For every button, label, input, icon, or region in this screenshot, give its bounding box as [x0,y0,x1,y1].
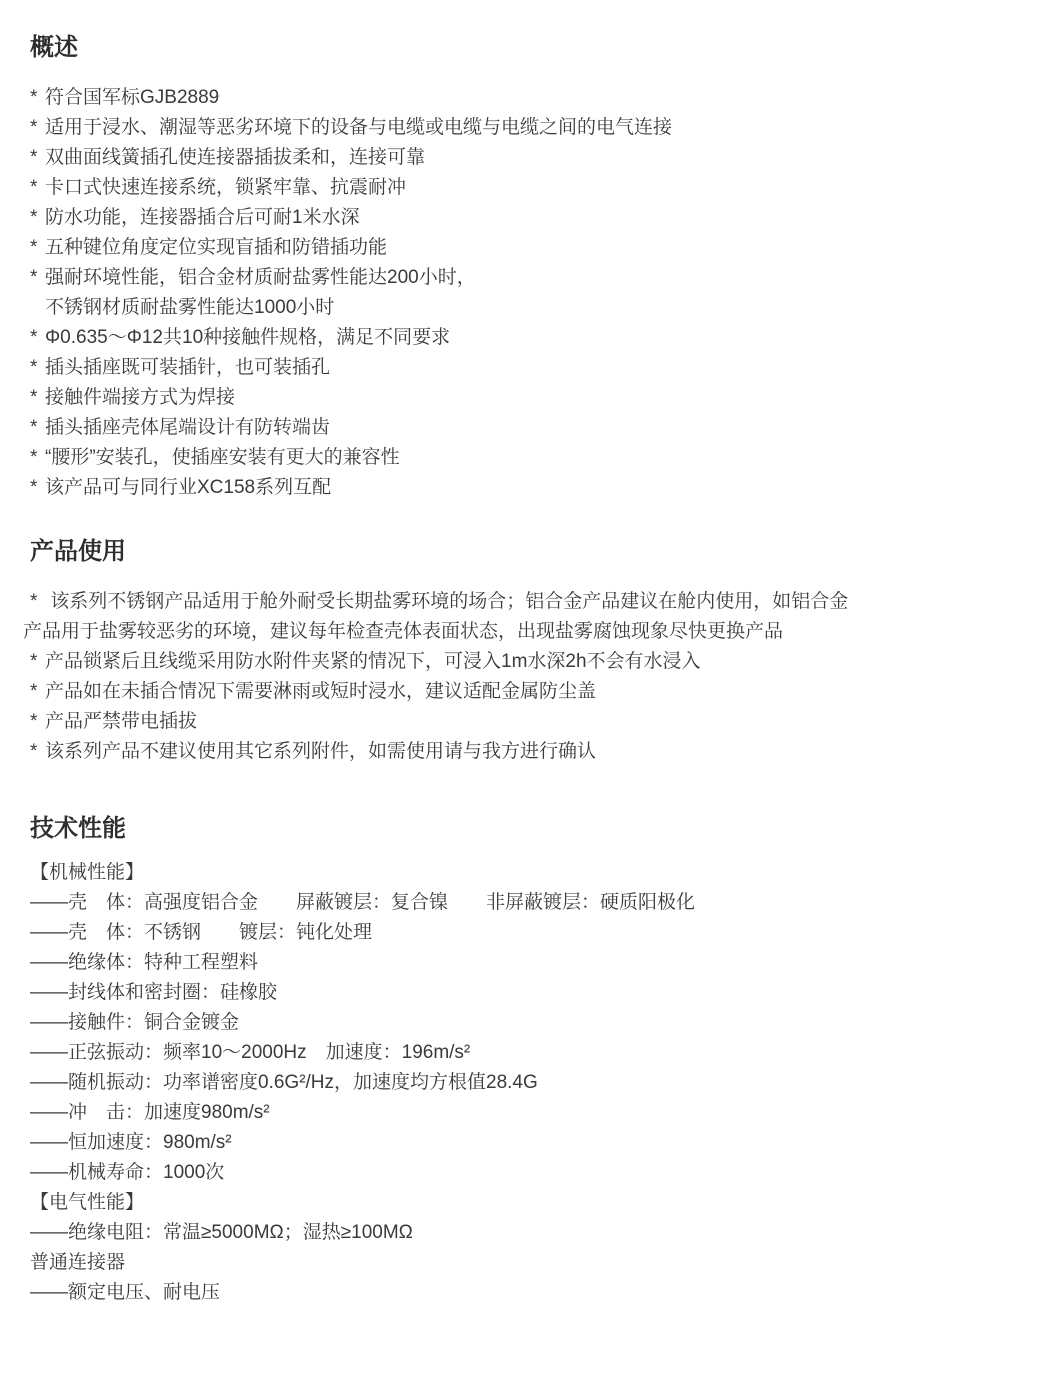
section-heading-usage: 产品使用 [30,538,1025,566]
doc-line-bullet: *接触件端接方式为焊接 [30,383,1025,413]
doc-line-dash: ——绝缘体：特种工程塑料 [30,948,1025,978]
doc-line-bullet: *强耐环境性能，铝合金材质耐盐雾性能达200小时， [30,263,1025,293]
bullet-marker: * [30,203,45,233]
doc-line-dash: ——正弦振动：频率10～2000Hz 加速度：196m/s² [30,1038,1025,1068]
bullet-marker: * [30,707,45,737]
doc-line-text: 插头插座既可装插针，也可装插孔 [45,357,330,378]
doc-line-text: 产品严禁带电插拔 [45,711,197,732]
doc-line-text: “腰形”安装孔，使插座安装有更大的兼容性 [45,447,400,468]
bullet-marker: * [30,473,45,503]
doc-line-text: 适用于浸水、潮湿等恶劣环境下的设备与电缆或电缆与电缆之间的电气连接 [45,117,672,138]
doc-line-dash: ——绝缘电阻：常温≥5000MΩ；湿热≥100MΩ [30,1218,1025,1248]
bullet-marker: * [30,113,45,143]
doc-line-bullet: *双曲面线簧插孔使连接器插拔柔和，连接可靠 [30,143,1025,173]
bullet-marker: * [30,323,45,353]
doc-line-bullet: *插头插座既可装插针，也可装插孔 [30,353,1025,383]
doc-line-text: 卡口式快速连接系统，锁紧牢靠、抗震耐冲 [45,177,406,198]
bullet-marker: * [30,263,45,293]
doc-line-bullet: *五种键位角度定位实现盲插和防错插功能 [30,233,1025,263]
section-overview: 概述 *符合国军标GJB2889*适用于浸水、潮湿等恶劣环境下的设备与电缆或电缆… [30,34,1025,503]
doc-line-continuation: 不锈钢材质耐盐雾性能达1000小时 [30,293,1025,323]
doc-line-text: 该系列不锈钢产品适用于舱外耐受长期盐雾环境的场合；铝合金产品建议在舱内使用，如铝… [45,591,848,612]
doc-line-dash: ——壳 体：高强度铝合金 屏蔽镀层：复合镍 非屏蔽镀层：硬质阳极化 [30,888,1025,918]
doc-line-text: Φ0.635～Φ12共10种接触件规格，满足不同要求 [45,327,450,348]
doc-line-text: 该系列产品不建议使用其它系列附件，如需使用请与我方进行确认 [45,741,596,762]
doc-line-text: 插头插座壳体尾端设计有防转端齿 [45,417,330,438]
bullet-marker: * [30,737,45,767]
section-heading-tech: 技术性能 [30,815,1025,843]
bullet-marker: * [30,83,45,113]
bullet-marker: * [30,233,45,263]
doc-line-dash: ——接触件：铜合金镀金 [30,1008,1025,1038]
doc-line-wrap: 产品用于盐雾较恶劣的环境，建议每年检查壳体表面状态，出现盐雾腐蚀现象尽快更换产品 [23,617,1025,647]
doc-line-bullet: *适用于浸水、潮湿等恶劣环境下的设备与电缆或电缆与电缆之间的电气连接 [30,113,1025,143]
doc-line-text: 防水功能，连接器插合后可耐1米水深 [45,207,360,228]
section-heading-overview: 概述 [30,34,1025,62]
doc-line-bullet: *该系列产品不建议使用其它系列附件，如需使用请与我方进行确认 [30,737,1025,767]
overview-lines: *符合国军标GJB2889*适用于浸水、潮湿等恶劣环境下的设备与电缆或电缆与电缆… [30,83,1025,503]
doc-line-text: 双曲面线簧插孔使连接器插拔柔和，连接可靠 [45,147,425,168]
bullet-marker: * [30,173,45,203]
doc-line-bullet: *产品锁紧后且线缆采用防水附件夹紧的情况下，可浸入1m水深2h不会有水浸入 [30,647,1025,677]
doc-line-plain: 普通连接器 [30,1248,1025,1278]
bullet-marker: * [30,413,45,443]
doc-line-dash: ——额定电压、耐电压 [30,1278,1025,1308]
section-usage: 产品使用 * 该系列不锈钢产品适用于舱外耐受长期盐雾环境的场合；铝合金产品建议在… [30,538,1025,767]
bullet-marker: * [30,143,45,173]
doc-line-bullet: *产品严禁带电插拔 [30,707,1025,737]
bullet-marker: * [30,677,45,707]
doc-line-bullet: *Φ0.635～Φ12共10种接触件规格，满足不同要求 [30,323,1025,353]
bullet-marker: * [30,353,45,383]
doc-line-subhead: 【机械性能】 [30,858,1025,888]
doc-line-bullet: *符合国军标GJB2889 [30,83,1025,113]
doc-line-bullet: *防水功能，连接器插合后可耐1米水深 [30,203,1025,233]
doc-line-dash: ——随机振动：功率谱密度0.6G²/Hz，加速度均方根值28.4G [30,1068,1025,1098]
usage-lines: * 该系列不锈钢产品适用于舱外耐受长期盐雾环境的场合；铝合金产品建议在舱内使用，… [30,587,1025,767]
doc-line-dash: ——封线体和密封圈：硅橡胶 [30,978,1025,1008]
doc-line-bullet: *卡口式快速连接系统，锁紧牢靠、抗震耐冲 [30,173,1025,203]
doc-line-dash: ——恒加速度：980m/s² [30,1128,1025,1158]
doc-line-dash: ——冲 击：加速度980m/s² [30,1098,1025,1128]
doc-line-text: 五种键位角度定位实现盲插和防错插功能 [45,237,387,258]
doc-line-text: 该产品可与同行业XC158系列互配 [45,477,331,498]
doc-line-text: 强耐环境性能，铝合金材质耐盐雾性能达200小时， [45,267,476,288]
bullet-marker: * [30,647,45,677]
doc-line-dash: ——壳 体：不锈钢 镀层：钝化处理 [30,918,1025,948]
doc-line-subhead: 【电气性能】 [30,1188,1025,1218]
bullet-marker: * [30,443,45,473]
doc-line-text: 产品如在未插合情况下需要淋雨或短时浸水，建议适配金属防尘盖 [45,681,596,702]
bullet-marker: * [30,587,45,617]
doc-line-text: 接触件端接方式为焊接 [45,387,235,408]
bullet-marker: * [30,383,45,413]
doc-line-dash: ——机械寿命：1000次 [30,1158,1025,1188]
doc-line-bullet: *插头插座壳体尾端设计有防转端齿 [30,413,1025,443]
document-page: 概述 *符合国军标GJB2889*适用于浸水、潮湿等恶劣环境下的设备与电缆或电缆… [0,0,1053,1383]
doc-line-bullet: * 该系列不锈钢产品适用于舱外耐受长期盐雾环境的场合；铝合金产品建议在舱内使用，… [30,587,1025,617]
doc-line-bullet: *产品如在未插合情况下需要淋雨或短时浸水，建议适配金属防尘盖 [30,677,1025,707]
section-tech: 技术性能 【机械性能】——壳 体：高强度铝合金 屏蔽镀层：复合镍 非屏蔽镀层：硬… [30,815,1025,1308]
tech-lines: 【机械性能】——壳 体：高强度铝合金 屏蔽镀层：复合镍 非屏蔽镀层：硬质阳极化—… [30,858,1025,1308]
doc-line-bullet: *该产品可与同行业XC158系列互配 [30,473,1025,503]
doc-line-bullet: *“腰形”安装孔，使插座安装有更大的兼容性 [30,443,1025,473]
doc-line-text: 产品锁紧后且线缆采用防水附件夹紧的情况下，可浸入1m水深2h不会有水浸入 [45,651,701,672]
doc-line-text: 符合国军标GJB2889 [45,87,219,108]
